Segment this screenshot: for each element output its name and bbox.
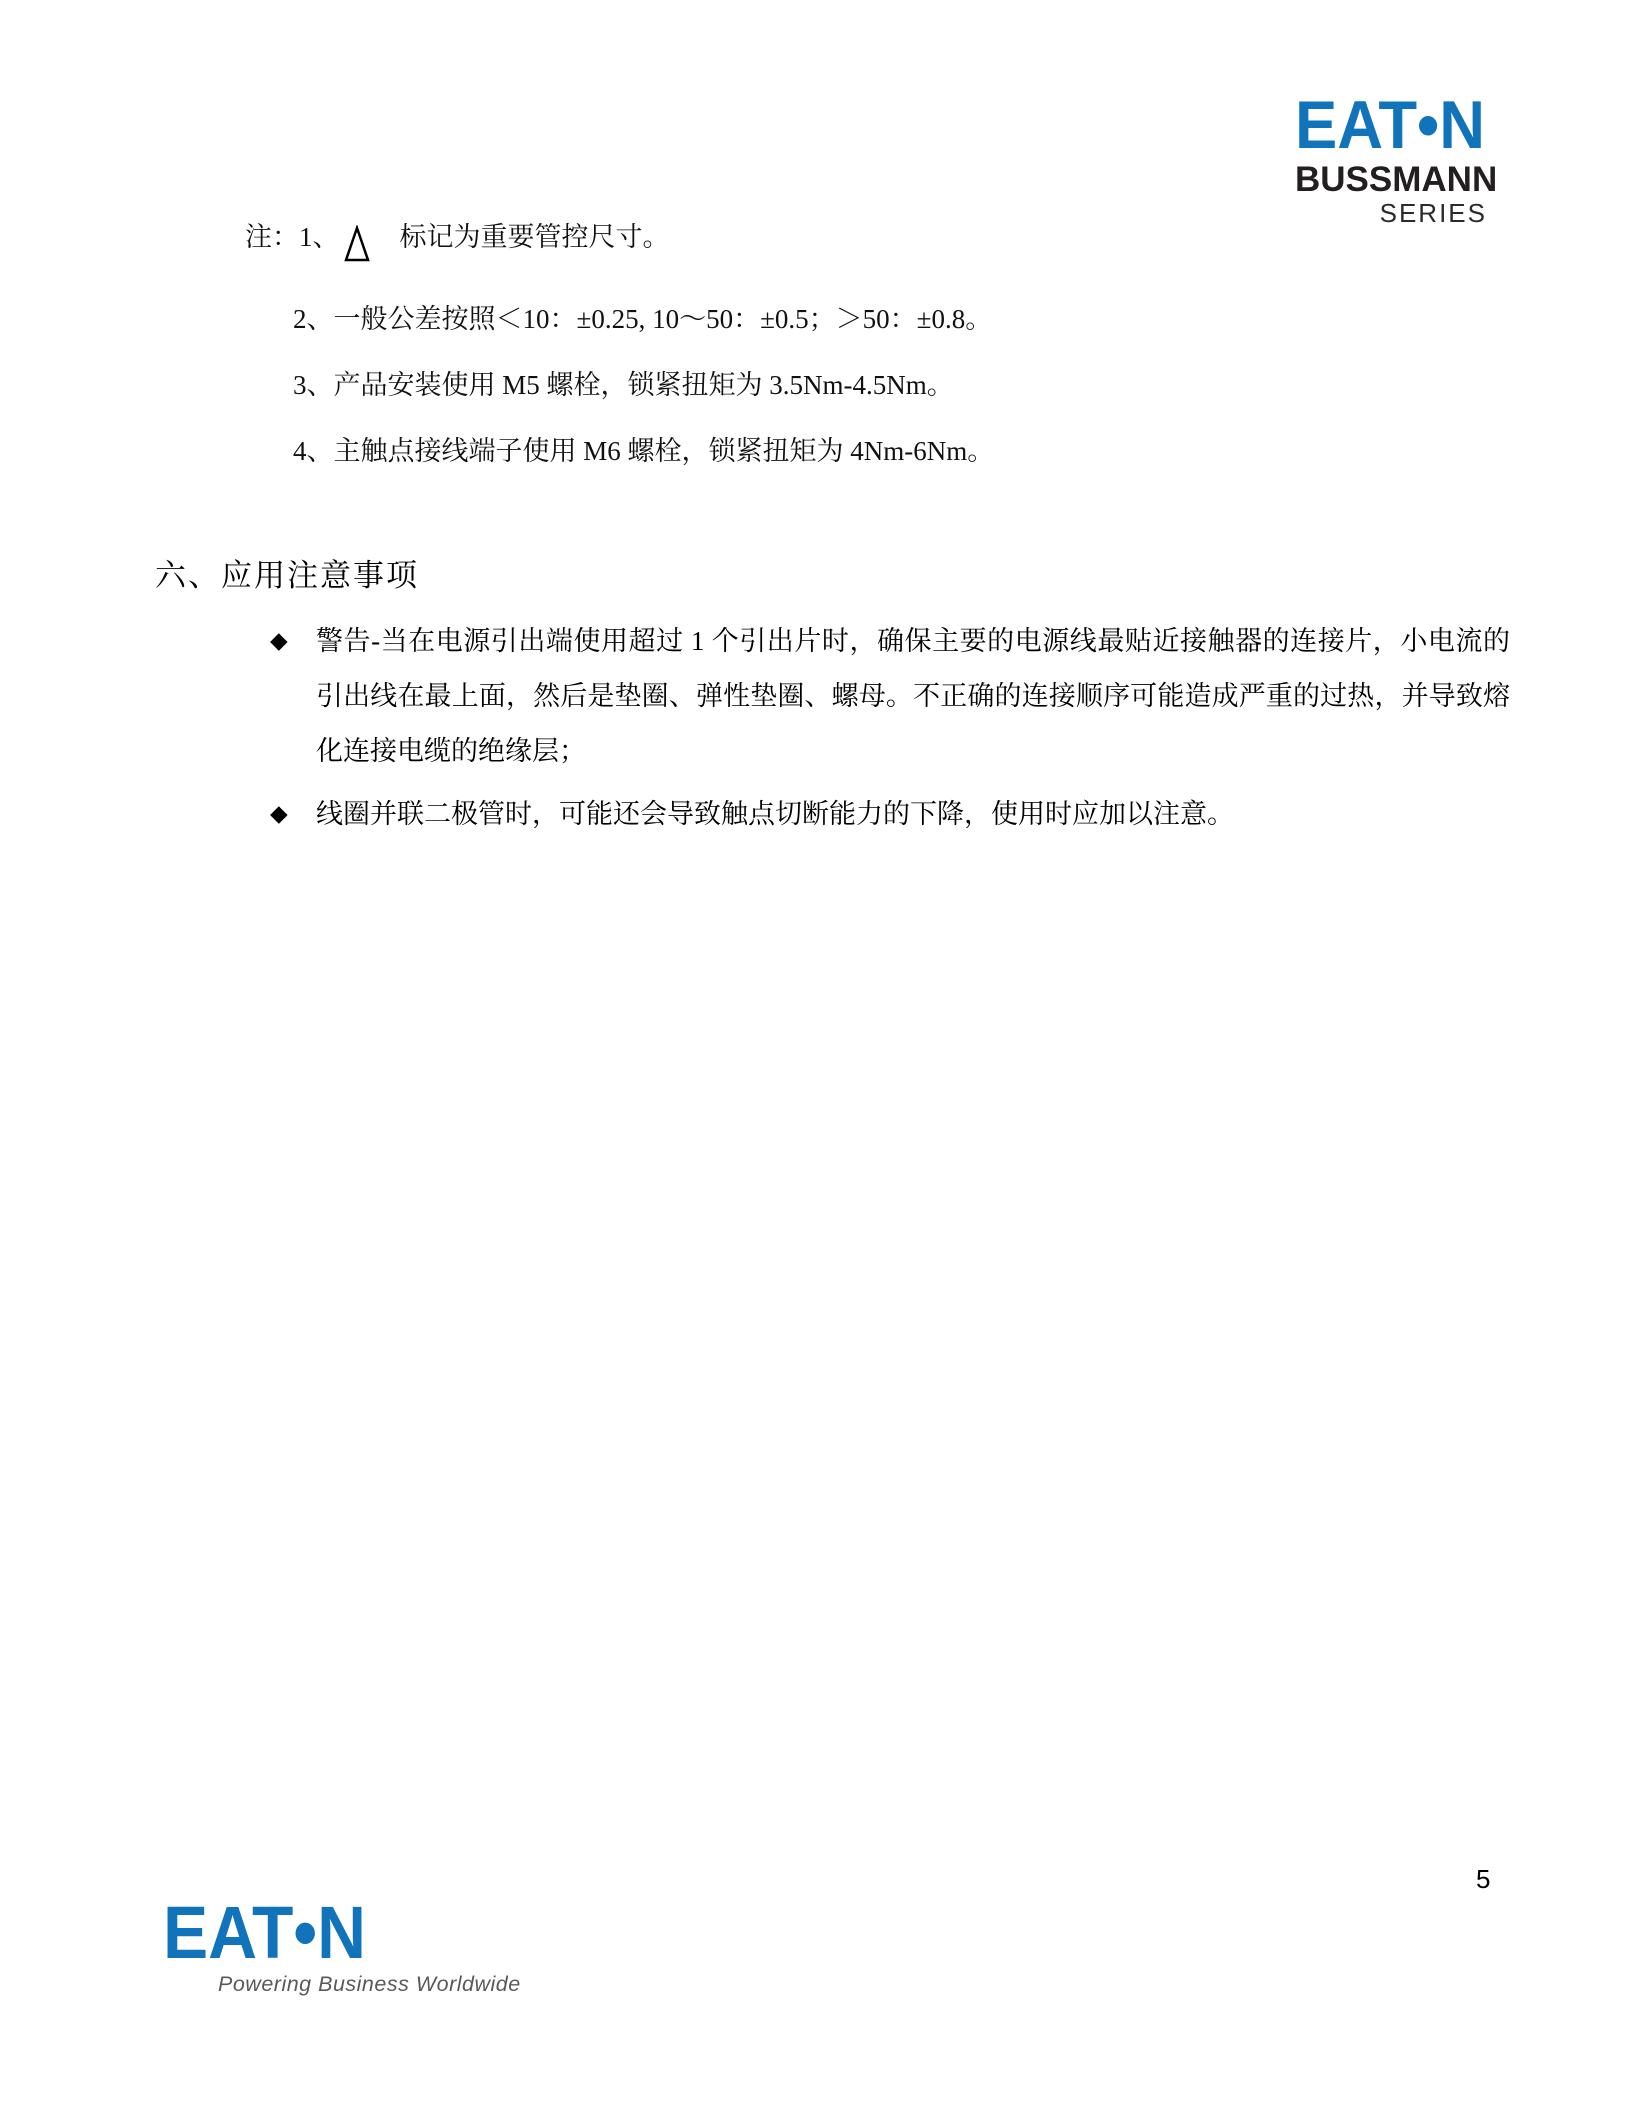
application-notes-list: ◆ 警告-当在电源引出端使用超过 1 个引出片时，确保主要的电源线最贴近接触器的…	[270, 614, 1510, 842]
note-line-2: 2、一般公差按照＜10：±0.25, 10～50：±0.5；＞50：±0.8。	[293, 300, 992, 339]
bullet-text: 警告-当在电源引出端使用超过 1 个引出片时，确保主要的电源线最贴近接触器的连接…	[316, 614, 1510, 779]
bullet-text: 线圈并联二极管时，可能还会导致触点切断能力的下降，使用时应加以注意。	[316, 787, 1510, 842]
page-number: 5	[1476, 1864, 1490, 1895]
revision-triangle-icon	[344, 225, 370, 263]
brand-tagline: Powering Business Worldwide	[218, 1972, 521, 1997]
note-1-text: 标记为重要管控尺寸。	[400, 218, 670, 257]
note-line-3: 3、产品安装使用 M5 螺栓，锁紧扭矩为 3.5Nm-4.5Nm。	[293, 366, 954, 405]
section-heading: 六、应用注意事项	[155, 550, 419, 595]
note-1-label: 注：1、	[245, 218, 340, 257]
document-page: EAT•N BUSSMANN SERIES 注：1、 标记为重要管控尺寸。 2、…	[0, 0, 1632, 2112]
series-wordmark: SERIES	[1295, 200, 1487, 226]
list-item: ◆ 警告-当在电源引出端使用超过 1 个引出片时，确保主要的电源线最贴近接触器的…	[270, 614, 1510, 779]
bussmann-wordmark: BUSSMANN	[1295, 162, 1487, 197]
list-item: ◆ 线圈并联二极管时，可能还会导致触点切断能力的下降，使用时应加以注意。	[270, 787, 1510, 842]
eaton-wordmark: EAT•N	[163, 1900, 366, 1962]
header-brand-block: EAT•N BUSSMANN SERIES	[1295, 95, 1487, 226]
eaton-logo-icon: EAT•N	[1295, 95, 1487, 151]
diamond-bullet-icon: ◆	[270, 614, 316, 669]
note-line-4: 4、主触点接线端子使用 M6 螺栓，锁紧扭矩为 4Nm-6Nm。	[293, 432, 994, 471]
diamond-bullet-icon: ◆	[270, 787, 316, 842]
eaton-wordmark: EAT•N	[1295, 95, 1485, 151]
note-line-1: 注：1、 标记为重要管控尺寸。	[245, 218, 670, 257]
footer-brand-block: EAT•N Powering Business Worldwide	[163, 1900, 521, 1997]
eaton-logo-icon: EAT•N	[163, 1900, 368, 1962]
